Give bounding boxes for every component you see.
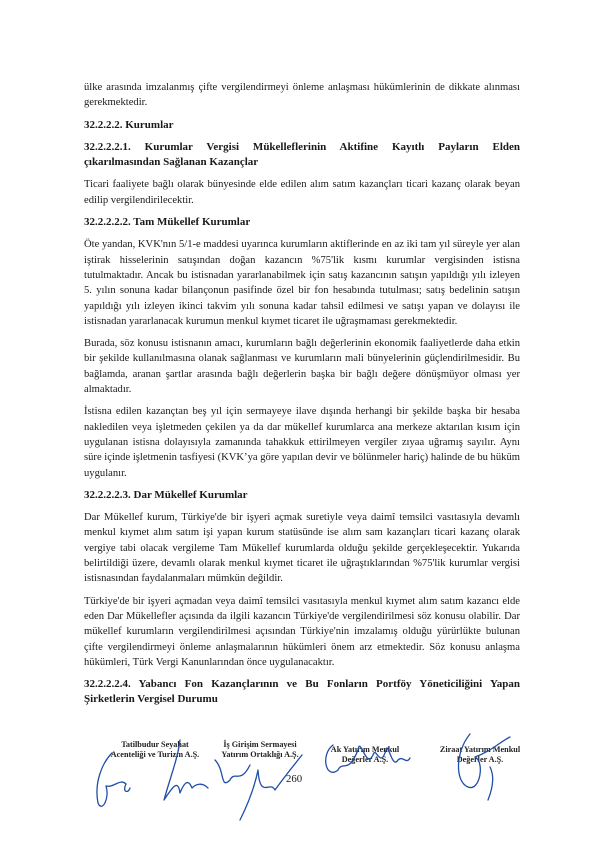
paragraph: Ticari faaliyete bağlı olarak bünyesinde… [84,177,520,208]
paragraph: Öte yandan, KVK'nın 5/1-e maddesi uyarın… [84,237,520,329]
signature-3-icon [210,750,305,820]
signature-2-icon [150,738,210,808]
signature-1-icon [92,748,132,818]
section-heading: 32.2.2.2.2. Tam Mükellef Kurumlar [84,215,520,230]
paragraph: Burada, söz konusu istisnanın amacı, kur… [84,336,520,397]
paragraph: Dar Mükellef kurum, Türkiye'de bir işyer… [84,510,520,586]
section-heading: 32.2.2.2. Kurumlar [84,118,520,133]
section-heading: 32.2.2.2.1. Kurumlar Vergisi Mükellefler… [84,140,520,171]
document-body: ülke arasında imzalanmış çifte vergilend… [84,80,520,715]
section-heading: 32.2.2.2.4. Yabancı Fon Kazançlarının ve… [84,677,520,708]
signature-5-icon [450,732,520,802]
paragraph: ülke arasında imzalanmış çifte vergilend… [84,80,520,111]
paragraph: Türkiye'de bir işyeri açmadan veya daimî… [84,594,520,670]
page-number: 260 [286,773,302,785]
paragraph: İstisna edilen kazançtan beş yıl için se… [84,404,520,480]
signature-footer: Tatilbudur Seyahat Acenteliği ve Turizm … [0,730,595,842]
section-heading: 32.2.2.2.3. Dar Mükellef Kurumlar [84,488,520,503]
signature-4-icon [318,730,413,785]
